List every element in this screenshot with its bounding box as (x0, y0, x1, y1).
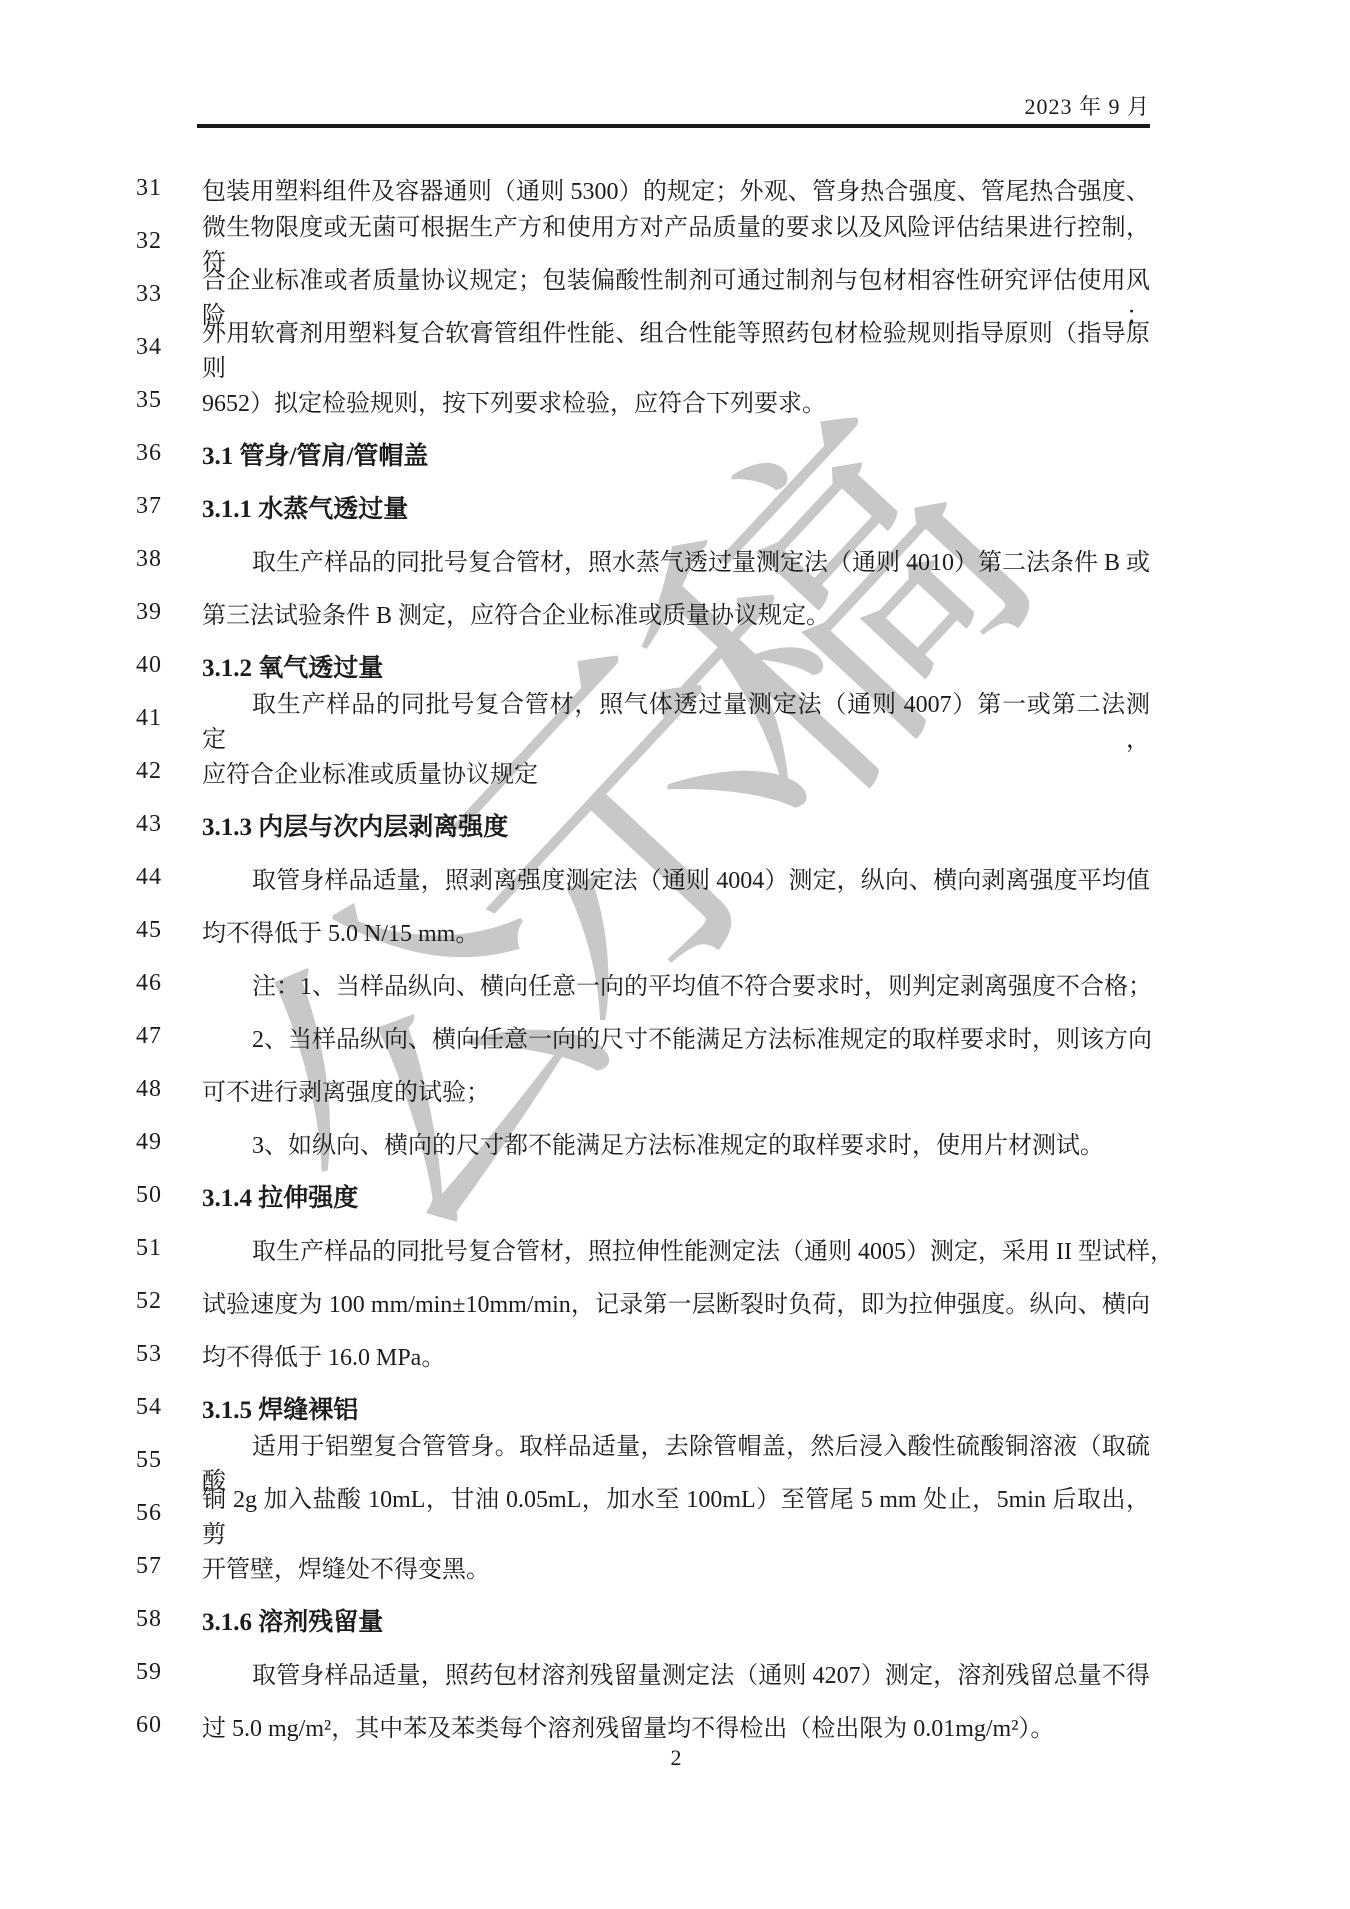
line-text: 注：1、当样品纵向、横向任意一向的平均值不符合要求时，则判定剥离强度不合格； (202, 966, 1150, 1001)
document-line: 44 取管身样品适量，照剥离强度测定法（通则 4004）测定，纵向、横向剥离强度… (0, 851, 1350, 904)
line-text: 3.1 管身/管肩/管帽盖 (202, 436, 1150, 472)
line-text: 取生产样品的同批号复合管材，照气体透过量测定法（通则 4007）第一或第二法测定… (202, 684, 1150, 754)
line-number: 54 (136, 1394, 192, 1421)
line-text: 均不得低于 16.0 MPa。 (202, 1337, 1150, 1372)
document-line: 43 3.1.3 内层与次内层剥离强度 (0, 798, 1350, 851)
document-lines: 31 包装用塑料组件及容器通则（通则 5300）的规定；外观、管身热合强度、管尾… (0, 162, 1350, 1752)
line-number: 35 (136, 387, 192, 414)
line-text: 过 5.0 mg/m²，其中苯及苯类每个溶剂残留量均不得检出（检出限为 0.01… (202, 1708, 1150, 1743)
header-rule (197, 124, 1150, 128)
line-text: 3.1.5 焊缝裸铝 (202, 1390, 1150, 1426)
line-number: 47 (136, 1023, 192, 1050)
line-number: 46 (136, 970, 192, 997)
document-line: 45 均不得低于 5.0 N/15 mm。 (0, 904, 1350, 957)
line-text: 可不进行剥离强度的试验； (202, 1072, 1150, 1107)
document-line: 59 取管身样品适量，照药包材溶剂残留量测定法（通则 4207）测定，溶剂残留总… (0, 1646, 1350, 1699)
line-text: 3.1.2 氧气透过量 (202, 648, 1150, 684)
line-number: 57 (136, 1553, 192, 1580)
line-number: 56 (136, 1500, 192, 1527)
document-line: 46 注：1、当样品纵向、横向任意一向的平均值不符合要求时，则判定剥离强度不合格… (0, 957, 1350, 1010)
line-text: 9652）拟定检验规则，按下列要求检验，应符合下列要求。 (202, 383, 1150, 418)
line-number: 58 (136, 1606, 192, 1633)
line-number: 51 (136, 1235, 192, 1262)
document-line: 48 可不进行剥离强度的试验； (0, 1063, 1350, 1116)
line-text: 3.1.4 拉伸强度 (202, 1178, 1150, 1214)
line-text: 均不得低于 5.0 N/15 mm。 (202, 913, 1150, 948)
document-line: 38 取生产样品的同批号复合管材，照水蒸气透过量测定法（通则 4010）第二法条… (0, 533, 1350, 586)
document-line: 37 3.1.1 水蒸气透过量 (0, 480, 1350, 533)
line-number: 48 (136, 1076, 192, 1103)
line-number: 42 (136, 758, 192, 785)
line-number: 52 (136, 1288, 192, 1315)
document-line: 50 3.1.4 拉伸强度 (0, 1169, 1350, 1222)
line-number: 50 (136, 1182, 192, 1209)
line-number: 49 (136, 1129, 192, 1156)
line-number: 60 (136, 1712, 192, 1739)
line-text: 取生产样品的同批号复合管材，照水蒸气透过量测定法（通则 4010）第二法条件 B… (202, 542, 1150, 577)
line-text: 2、当样品纵向、横向任意一向的尺寸不能满足方法标准规定的取样要求时，则该方向 (202, 1019, 1150, 1054)
document-line: 36 3.1 管身/管肩/管帽盖 (0, 427, 1350, 480)
line-text: 应符合企业标准或质量协议规定 (202, 754, 1150, 789)
line-text: 试验速度为 100 mm/min±10mm/min，记录第一层断裂时负荷，即为拉… (202, 1284, 1150, 1319)
line-text: 3、如纵向、横向的尺寸都不能满足方法标准规定的取样要求时，使用片材测试。 (202, 1125, 1150, 1160)
line-number: 33 (136, 281, 192, 308)
line-number: 34 (136, 334, 192, 361)
line-number: 45 (136, 917, 192, 944)
document-line: 56 铜 2g 加入盐酸 10mL，甘油 0.05mL，加水至 100mL）至管… (0, 1487, 1350, 1540)
document-line: 39 第三法试验条件 B 测定，应符合企业标准或质量协议规定。 (0, 586, 1350, 639)
document-line: 53 均不得低于 16.0 MPa。 (0, 1328, 1350, 1381)
line-number: 43 (136, 811, 192, 838)
line-number: 36 (136, 440, 192, 467)
line-number: 41 (136, 705, 192, 732)
document-line: 41 取生产样品的同批号复合管材，照气体透过量测定法（通则 4007）第一或第二… (0, 692, 1350, 745)
line-text: 第三法试验条件 B 测定，应符合企业标准或质量协议规定。 (202, 595, 1150, 630)
line-text: 外用软膏剂用塑料复合软膏管组件性能、组合性能等照药包材检验规则指导原则（指导原则 (202, 313, 1150, 383)
line-text: 取管身样品适量，照药包材溶剂残留量测定法（通则 4207）测定，溶剂残留总量不得 (202, 1655, 1150, 1690)
line-number: 37 (136, 493, 192, 520)
line-number: 31 (136, 175, 192, 202)
document-line: 49 3、如纵向、横向的尺寸都不能满足方法标准规定的取样要求时，使用片材测试。 (0, 1116, 1350, 1169)
line-number: 55 (136, 1447, 192, 1474)
line-number: 38 (136, 546, 192, 573)
document-line: 47 2、当样品纵向、横向任意一向的尺寸不能满足方法标准规定的取样要求时，则该方… (0, 1010, 1350, 1063)
document-line: 58 3.1.6 溶剂残留量 (0, 1593, 1350, 1646)
line-number: 40 (136, 652, 192, 679)
document-page: 2023 年 9 月 公示稿 31 包装用塑料组件及容器通则（通则 5300）的… (0, 0, 1350, 1909)
line-text: 3.1.1 水蒸气透过量 (202, 489, 1150, 525)
line-text: 3.1.6 溶剂残留量 (202, 1602, 1150, 1638)
line-text: 包装用塑料组件及容器通则（通则 5300）的规定；外观、管身热合强度、管尾热合强… (202, 171, 1150, 206)
document-line: 34 外用软膏剂用塑料复合软膏管组件性能、组合性能等照药包材检验规则指导原则（指… (0, 321, 1350, 374)
document-line: 51 取生产样品的同批号复合管材，照拉伸性能测定法（通则 4005）测定，采用 … (0, 1222, 1350, 1275)
line-number: 32 (136, 228, 192, 255)
line-number: 44 (136, 864, 192, 891)
line-text: 取生产样品的同批号复合管材，照拉伸性能测定法（通则 4005）测定，采用 II … (202, 1231, 1150, 1266)
line-text: 取管身样品适量，照剥离强度测定法（通则 4004）测定，纵向、横向剥离强度平均值 (202, 860, 1150, 895)
document-line: 52 试验速度为 100 mm/min±10mm/min，记录第一层断裂时负荷，… (0, 1275, 1350, 1328)
line-text: 铜 2g 加入盐酸 10mL，甘油 0.05mL，加水至 100mL）至管尾 5… (202, 1479, 1150, 1549)
page-number: 2 (202, 1745, 1150, 1771)
line-number: 53 (136, 1341, 192, 1368)
line-number: 59 (136, 1659, 192, 1686)
line-text: 开管壁，焊缝处不得变黑。 (202, 1549, 1150, 1584)
header-date: 2023 年 9 月 (1024, 90, 1150, 121)
line-text: 3.1.3 内层与次内层剥离强度 (202, 807, 1150, 843)
line-number: 39 (136, 599, 192, 626)
